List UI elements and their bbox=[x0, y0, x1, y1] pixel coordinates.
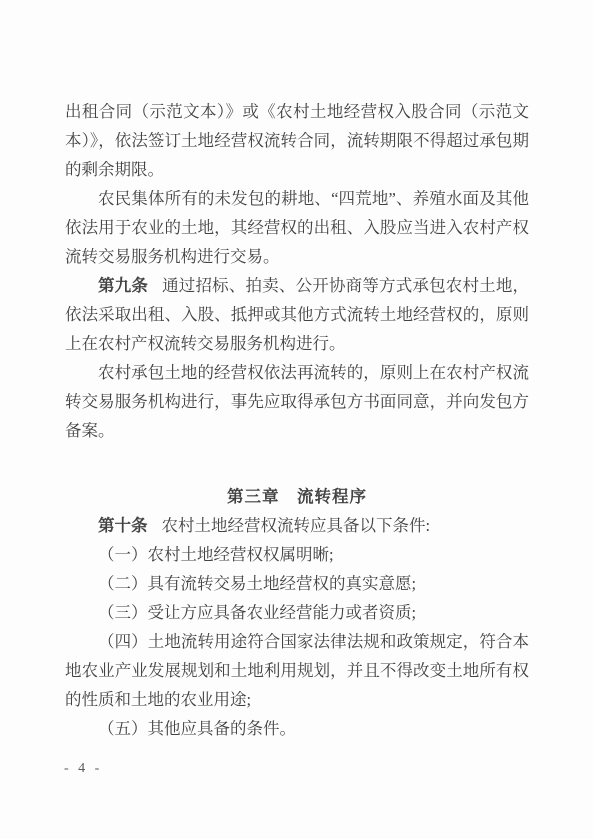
paragraph-retransfer: 农村承包土地的经营权依法再流转的，原则上在农村产权流转交易服务机构进行，事先应取… bbox=[65, 358, 529, 445]
paragraph-collective-land: 农民集体所有的未发包的耕地、“四荒地”、养殖水面及其他依法用于农业的土地，其经营… bbox=[65, 184, 529, 271]
paragraph-article-10: 第十条农村土地经营权流转应具备以下条件: bbox=[65, 511, 529, 540]
article-10-label: 第十条 bbox=[98, 516, 148, 535]
paragraph-article-9: 第九条通过招标、拍卖、公开协商等方式承包农村土地，依法采取出租、入股、抵押或其他… bbox=[65, 271, 529, 358]
condition-item-4: （四）土地流转用途符合国家法律法规和政策规定，符合本地农业产业发展规划和土地利用… bbox=[65, 627, 529, 714]
chapter-3-heading: 第三章 流转程序 bbox=[65, 482, 529, 511]
article-9-label: 第九条 bbox=[98, 276, 148, 295]
page-number: - 4 - bbox=[64, 761, 102, 777]
condition-item-1: （一）农村土地经营权权属明晰; bbox=[65, 540, 529, 569]
paragraph-continuation: 出租合同（示范文本）》或《农村土地经营权入股合同（示范文本）》，依法签订土地经营… bbox=[65, 97, 529, 184]
condition-item-2: （二）具有流转交易土地经营权的真实意愿; bbox=[65, 569, 529, 598]
document-page: 出租合同（示范文本）》或《农村土地经营权入股合同（示范文本）》，依法签订土地经营… bbox=[0, 0, 593, 839]
condition-item-3: （三）受让方应具备农业经营能力或者资质; bbox=[65, 598, 529, 627]
article-10-text: 农村土地经营权流转应具备以下条件: bbox=[162, 516, 431, 535]
document-body: 出租合同（示范文本）》或《农村土地经营权入股合同（示范文本）》，依法签订土地经营… bbox=[65, 97, 529, 743]
condition-item-5: （五）其他应具备的条件。 bbox=[65, 714, 529, 743]
